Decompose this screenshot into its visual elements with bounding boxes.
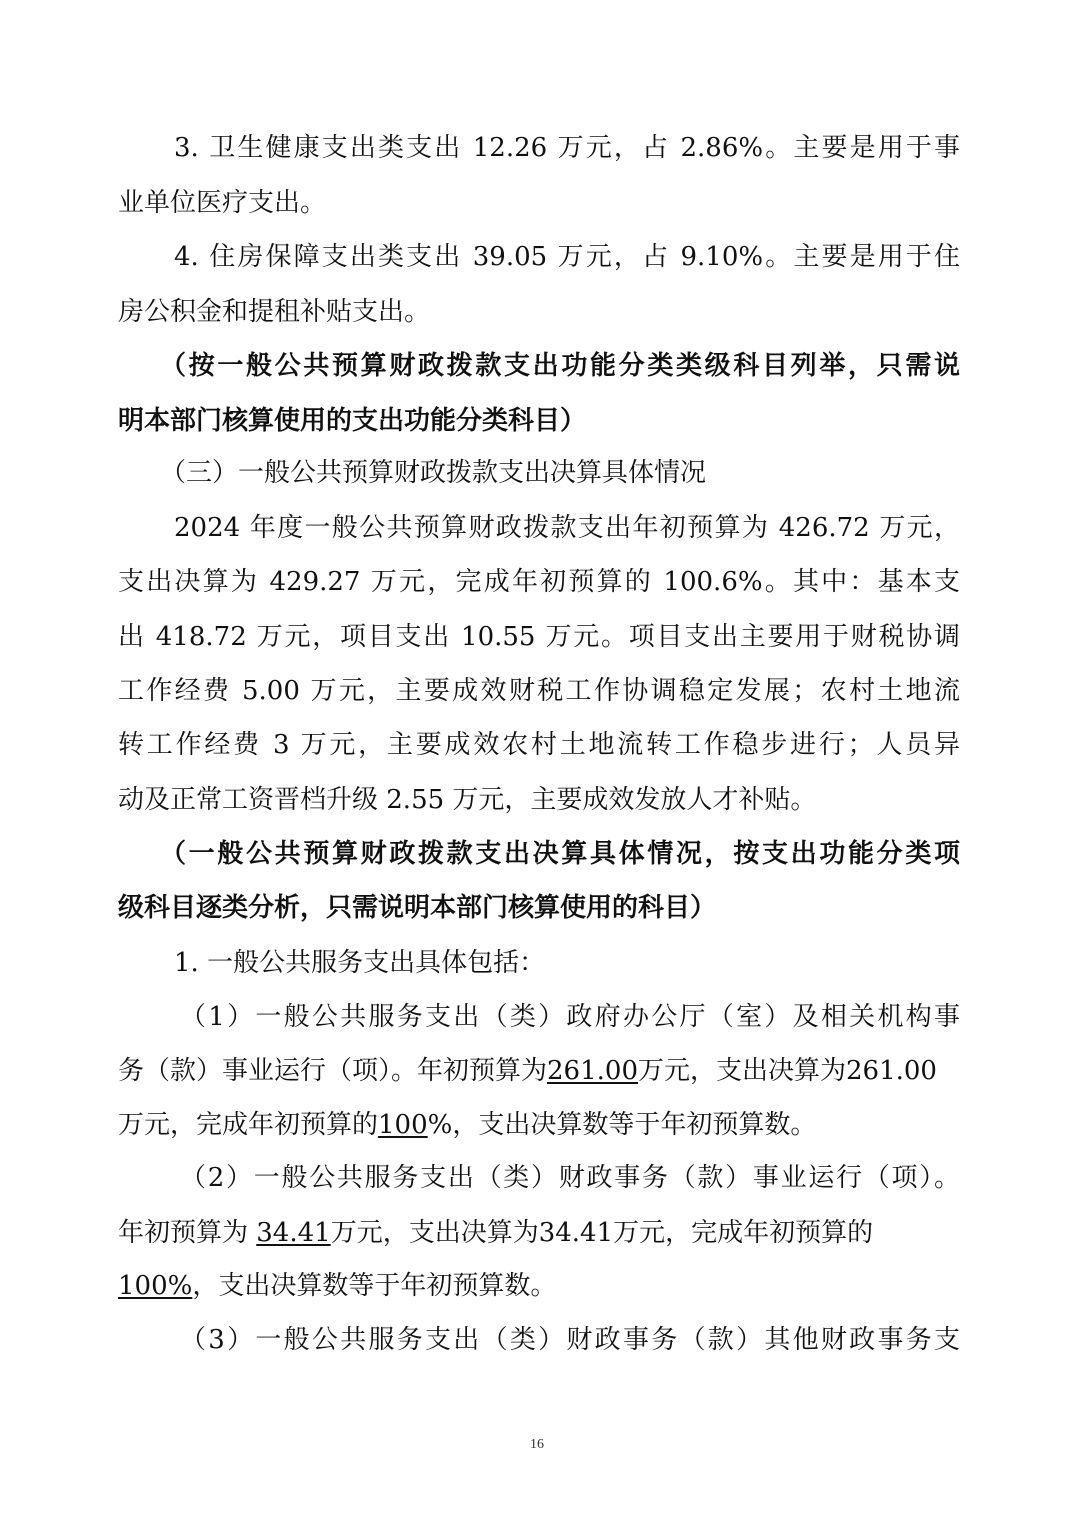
sub-item-1-line-1: （1）一般公共服务支出（类）政府办公厅（室）及相关机构事 [180,997,960,1037]
note-item-level-line-1: （一般公共预算财政拨款支出决算具体情况，按支出功能分类项 [160,834,960,874]
paragraph-summary-line-4: 工作经费 5.00 万元，主要成效财税工作协调稳定发展；农村土地流 [118,671,960,711]
sub-item-1-text-d: %，支出决算数等于年初预算数。 [428,1110,817,1140]
sub-item-2-line-2: 年初预算为 34.41万元，支出决算为34.41万元，完成年初预算的 [118,1213,960,1253]
sub-item-2-line-1: （2）一般公共服务支出（类）财政事务（款）事业运行（项）。 [180,1158,960,1198]
page-number: 16 [0,1437,1074,1453]
note-class-level-line-2: 明本部门核算使用的支出功能分类科目） [118,401,960,441]
sub-item-2-budget-value: 34.41 [256,1218,330,1248]
sub-item-1-text-b: 万元，支出决算为261.00 [638,1056,937,1086]
paragraph-housing-line-1: 4. 住房保障支出类支出 39.05 万元，占 9.10%。主要是用于住 [174,237,960,277]
sub-item-2-text-a: 年初预算为 [118,1218,256,1248]
paragraph-summary-line-1: 2024 年度一般公共预算财政拨款支出年初预算为 426.72 万元， [174,508,960,548]
paragraph-summary-line-3: 出 418.72 万元，项目支出 10.55 万元。项目支出主要用于财税协调 [118,617,960,657]
paragraph-housing-line-2: 房公积金和提租补贴支出。 [118,292,960,332]
sub-item-2-text-b: 万元，支出决算为34.41万元，完成年初预算的 [331,1218,873,1248]
paragraph-summary-line-6: 动及正常工资晋档升级 2.55 万元，主要成效发放人才补贴。 [118,780,960,820]
sub-item-1-text-c: 万元，完成年初预算的 [118,1110,378,1140]
note-class-level-line-1: （按一般公共预算财政拨款支出功能分类类级科目列举，只需说 [160,346,960,386]
paragraph-summary-line-5: 转工作经费 3 万元，主要成效农村土地流转工作稳步进行；人员异 [118,725,960,765]
sub-item-1-line-3: 万元，完成年初预算的100%，支出决算数等于年初预算数。 [118,1105,960,1145]
document-page: 3. 卫生健康支出类支出 12.26 万元，占 2.86%。主要是用于事 业单位… [0,0,1074,1520]
paragraph-summary-line-2: 支出决算为 429.27 万元，完成年初预算的 100.6%。其中：基本支 [118,562,960,602]
sub-item-1-line-2: 务（款）事业运行（项）。年初预算为261.00万元，支出决算为261.00 [118,1051,960,1091]
sub-item-2-line-3: 100%，支出决算数等于年初预算数。 [118,1266,960,1306]
sub-item-3-line-1: （3）一般公共服务支出（类）财政事务（款）其他财政事务支 [180,1320,960,1360]
sub-item-1-budget-value: 261.00 [547,1056,638,1086]
note-item-level-line-2: 级科目逐类分析，只需说明本部门核算使用的科目） [118,888,960,928]
paragraph-health-line-1: 3. 卫生健康支出类支出 12.26 万元，占 2.86%。主要是用于事 [174,128,960,168]
sub-item-1-text-a: 务（款）事业运行（项）。年初预算为 [118,1056,547,1086]
sub-item-1-completion-value: 100 [378,1110,428,1140]
section-heading-3: （三）一般公共预算财政拨款支出决算具体情况 [160,453,946,493]
sub-item-2-text-c: ，支出决算数等于年初预算数。 [192,1271,556,1301]
item-1-heading: 1. 一般公共服务支出具体包括： [174,943,960,983]
paragraph-health-line-2: 业单位医疗支出。 [118,183,960,223]
sub-item-2-completion-value: 100% [118,1271,192,1301]
